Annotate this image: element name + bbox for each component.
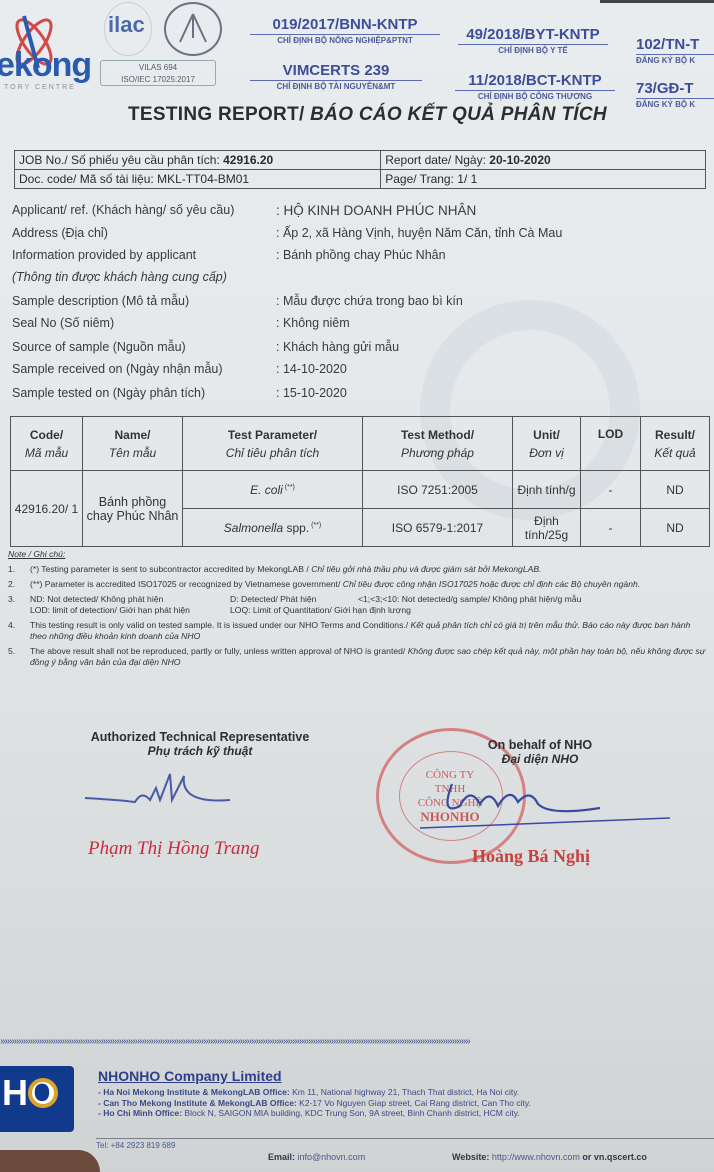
cert-bnn: 019/2017/BNN-KNTP CHỈ ĐỊNH BỘ NÔNG NGHIỆ… <box>250 16 440 45</box>
doc-code: Doc. code/ Mã số tài liệu: MKL-TT04-BM01 <box>15 170 381 189</box>
page-title: TESTING REPORT/ BÁO CÁO KẾT QUẢ PHÂN TÍC… <box>128 104 607 126</box>
method: ISO 7251:2005 <box>363 471 513 509</box>
lod: - <box>581 471 641 509</box>
notes-section: Note / Ghi chú: 1.(*) Testing parameter … <box>8 549 708 668</box>
col-unit: Unit/Đơn vị <box>513 417 581 471</box>
nho-logo: HO <box>0 1066 74 1132</box>
parameter: Salmonella spp. (**) <box>183 509 363 547</box>
ilac-logo: ilac <box>108 12 145 38</box>
vilas-number: VILAS 694 <box>101 62 215 74</box>
nho-representative-name: Hoàng Bá Nghị <box>472 846 590 867</box>
office-hcm: - Ho Chi Minh Office: Block N, SAIGON MI… <box>98 1108 531 1119</box>
mekong-logo-text: ekong <box>0 46 91 85</box>
result: ND <box>641 509 710 547</box>
nho-representative-block: On behalf of NHO Đại diện NHO <box>440 738 640 766</box>
note-1: 1.(*) Testing parameter is sent to subco… <box>8 564 708 575</box>
nho-ring-icon <box>28 1078 58 1108</box>
page-number: Page/ Trang: 1/ 1 <box>381 170 706 189</box>
col-result: Result/Kết quả <box>641 417 710 471</box>
mekong-logo-subtitle: TORY CENTRE <box>4 84 76 91</box>
notes-heading: Note / Ghi chú: <box>8 549 708 560</box>
signature-left-icon <box>80 770 260 820</box>
vilas-standard: ISO/IEC 17025:2017 <box>101 74 215 86</box>
footer-divider <box>96 1138 714 1139</box>
office-list: - Ha Noi Mekong Institute & MekongLAB Of… <box>98 1087 531 1119</box>
note-2: 2.(**) Parameter is accredited ISO17025 … <box>8 579 708 590</box>
note-3: 3. ND: Not detected/ Không phát hiệnD: D… <box>8 594 708 616</box>
footer-email[interactable]: Email: info@nhovn.com <box>268 1152 365 1162</box>
office-hanoi: - Ha Noi Mekong Institute & MekongLAB Of… <box>98 1087 531 1098</box>
footer-website[interactable]: Website: http://www.nhovn.com or vn.qsce… <box>452 1152 647 1162</box>
col-name: Name/Tên mẫu <box>83 417 183 471</box>
table-row: 42916.20/ 1 Bánh phồng chay Phúc Nhân E.… <box>11 471 710 509</box>
vilas-badge: VILAS 694 ISO/IEC 17025:2017 <box>100 60 216 86</box>
cert-byt: 49/2018/BYT-KNTP CHỈ ĐỊNH BỘ Y TẾ <box>458 26 608 55</box>
photo-edge <box>600 0 714 3</box>
photo-hand <box>0 1150 100 1172</box>
footer-chevron-border: »»»»»»»»»»»»»»»»»»»»»»»»»»»»»»»»»»»»»»»»… <box>0 1036 714 1050</box>
lod: - <box>581 509 641 547</box>
col-parameter: Test Parameter/Chỉ tiêu phân tích <box>183 417 363 471</box>
cert-gd: 73/GĐ-T ĐĂNG KÝ BỘ K <box>636 80 714 109</box>
note-5: 5.The above result shall not be reproduc… <box>8 646 708 668</box>
cert-tn: 102/TN-T ĐĂNG KÝ BỘ K <box>636 36 714 65</box>
footer-tel: Tel: +84 2923 819 689 <box>96 1141 175 1150</box>
cert-vimcerts: VIMCERTS 239 CHỈ ĐỊNH BỘ TÀI NGUYÊN&MT <box>250 62 422 91</box>
col-code: Code/Mã mẫu <box>11 417 83 471</box>
company-name: NHONHO Company Limited <box>98 1068 282 1084</box>
col-lod: LOD <box>581 417 641 471</box>
report-date: Report date/ Ngày: 20-10-2020 <box>381 151 706 170</box>
signature-right-icon <box>420 776 680 836</box>
sample-name: Bánh phồng chay Phúc Nhân <box>83 471 183 547</box>
results-table: Code/Mã mẫu Name/Tên mẫu Test Parameter/… <box>10 416 710 547</box>
office-cantho: - Can Tho Mekong Institute & MekongLAB O… <box>98 1098 531 1109</box>
cert-bct: 11/2018/BCT-KNTP CHỈ ĐỊNH BỘ CÔNG THƯƠNG <box>455 72 615 101</box>
job-info-table: JOB No./ Số phiếu yêu cầu phân tích: 429… <box>14 150 706 189</box>
note-4: 4.This testing result is only valid on t… <box>8 620 708 642</box>
result: ND <box>641 471 710 509</box>
results-header-row: Code/Mã mẫu Name/Tên mẫu Test Parameter/… <box>11 417 710 471</box>
technical-representative-block: Authorized Technical Representative Phụ … <box>60 730 340 758</box>
job-number: JOB No./ Số phiếu yêu cầu phân tích: 429… <box>15 151 381 170</box>
unit: Định tính/25g <box>513 509 581 547</box>
unit: Định tính/g <box>513 471 581 509</box>
technical-representative-name: Phạm Thị Hồng Trang <box>88 838 260 860</box>
parameter: E. coli (**) <box>183 471 363 509</box>
boa-accreditation-seal-icon <box>164 2 222 56</box>
sample-code: 42916.20/ 1 <box>11 471 83 547</box>
method: ISO 6579-1:2017 <box>363 509 513 547</box>
col-method: Test Method/Phương pháp <box>363 417 513 471</box>
